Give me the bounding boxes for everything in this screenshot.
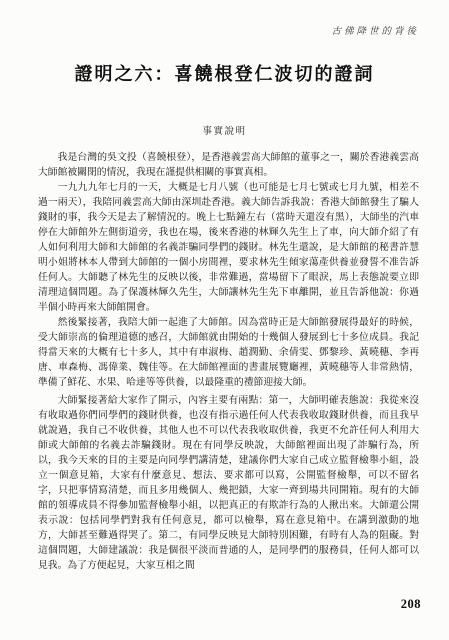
running-header: 古佛降世的背後: [331, 23, 419, 37]
paragraph-3: 然後緊接著，我陪大師一起進了大師館。因為當時正是大師館發展得最好的時候，受大師崇…: [38, 315, 419, 390]
paragraph-4: 大師緊接著給大家作了開示，內容主要有兩點：第一，大師明確表態說：我從來沒有收取過…: [38, 393, 419, 573]
document-page: 古佛降世的背後 證明之六：喜饒根登仁波切的證詞 事實說明 我是台灣的吳文投（喜饒…: [0, 0, 449, 640]
page-number: 208: [401, 597, 421, 612]
paragraph-1: 我是台灣的吳文投（喜饒根登），是香港義雲高大師館的董事之一，關於香港義雲高大師館…: [38, 150, 419, 180]
paragraph-2: 一九九九年七月的一天，大概是七月八號（也可能是七月七號或七月九號，相差不過一兩天…: [38, 180, 419, 315]
body-text: 我是台灣的吳文投（喜饒根登），是香港義雲高大師館的董事之一，關於香港義雲高大師館…: [38, 150, 419, 573]
page-title: 證明之六：喜饒根登仁波切的證詞: [10, 60, 439, 86]
section-heading: 事實說明: [0, 123, 449, 137]
